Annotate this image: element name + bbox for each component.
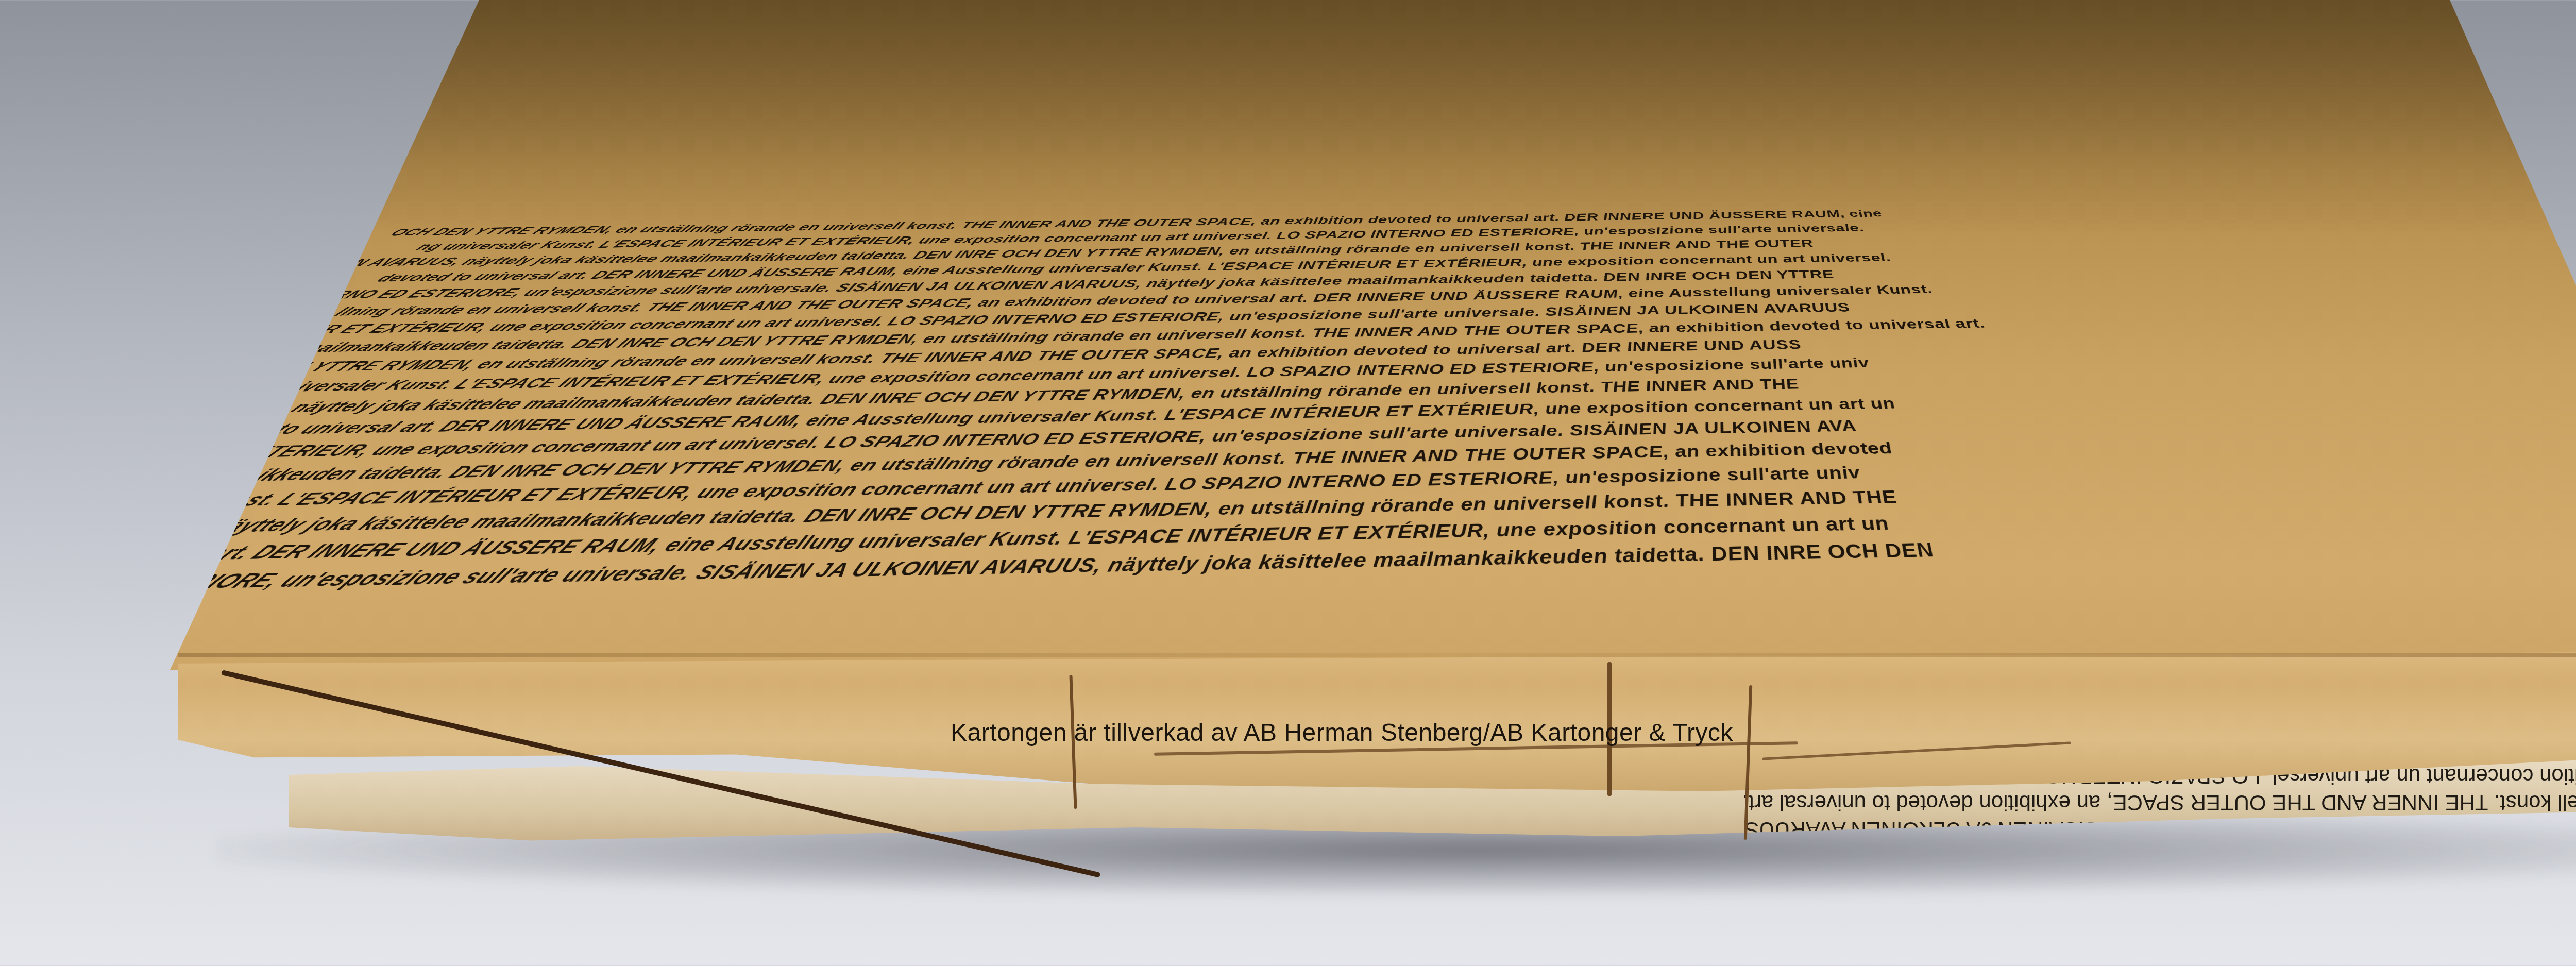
box-cover: OCH DEN YTTRE RYMDEN, en utställning rör… [170,0,2576,670]
cover-printed-text: OCH DEN YTTRE RYMDEN, en utställning rör… [170,199,2576,601]
manufacturer-imprint: Kartongen är tillverkad av AB Herman Ste… [951,719,1733,747]
photo-scene: OCH DEN YTTRE RYMDEN, en utställning rör… [0,0,2576,966]
torn-text-line: en universell konst. THE INNER AND THE O… [309,789,2576,816]
edge-crease [178,653,2576,657]
